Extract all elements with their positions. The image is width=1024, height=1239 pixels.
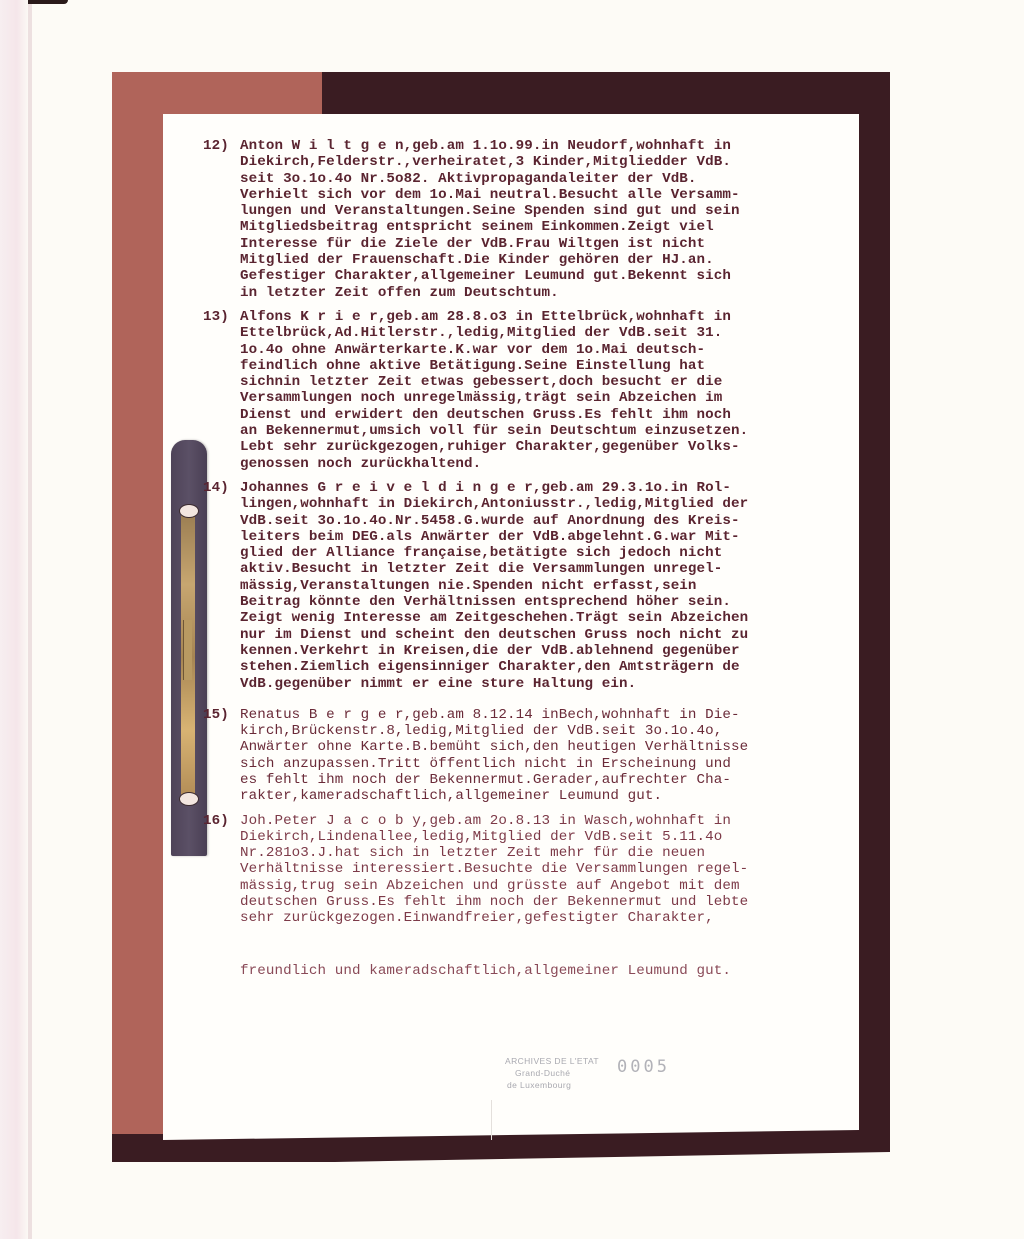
punch-hole-icon: [179, 792, 199, 806]
stamp-archive-name: ARCHIVES DE L'ETAT: [505, 1055, 599, 1067]
document-body: 12) Anton W i l t g e n,geb.am 1.1o.99.i…: [203, 138, 843, 979]
text-line: Diekirch,Lindenallee,ledig,Mitglied der …: [240, 829, 843, 845]
text-line: mässig,trug sein Abzeichen und grüsste a…: [240, 878, 843, 894]
text-line: Anwärter ohne Karte.B.bemüht sich,den he…: [240, 739, 843, 755]
text-line: Beitrag könnte den Verhältnissen entspre…: [240, 594, 843, 610]
text-line: Diekirch,Felderstr.,verheiratet,3 Kinder…: [240, 154, 843, 170]
text-line: kennen.Verkehrt in Kreisen,die der VdB.a…: [240, 643, 843, 659]
text-line: stehen.Ziemlich eigensinniger Charakter,…: [240, 659, 843, 675]
page-gutter: [28, 0, 32, 1239]
text-line: genossen noch zurückhaltend.: [240, 456, 843, 472]
text-line: Verhielt sich vor dem 1o.Mai neutral.Bes…: [240, 187, 843, 203]
text-line: Mitgliedsbeitrag entspricht seinem Einko…: [240, 219, 843, 235]
page-corner-shadow: [28, 0, 68, 4]
text-line: Lebt sehr zurückgezogen,ruhiger Charakte…: [240, 439, 843, 455]
text-line: Mitglied der Frauenschaft.Die Kinder geh…: [240, 252, 843, 268]
binder-fastener: [171, 440, 207, 856]
text-line: sehr zurückgezogen.Einwandfreier,gefesti…: [240, 910, 843, 926]
text-line: mässig,Veranstaltungen nie.Spenden nicht…: [240, 578, 843, 594]
entry-number: 14): [203, 480, 229, 496]
text-line: seit 3o.1o.4o Nr.5o82. Aktivpropagandale…: [240, 171, 843, 187]
text-line: VdB.seit 3o.1o.4o.Nr.5458.G.wurde auf An…: [240, 513, 843, 529]
text-line: Interesse für die Ziele der VdB.Frau Wil…: [240, 236, 843, 252]
text-line: es fehlt ihm noch der Bekennermut.Gerade…: [240, 772, 843, 788]
text-line: lingen,wohnhaft in Diekirch,Antoniusstr.…: [240, 496, 843, 512]
entry-number: 16): [203, 813, 229, 829]
text-line: kirch,Brückenstr.8,ledig,Mitglied der Vd…: [240, 723, 843, 739]
text-line: glied der Alliance française,betätigte s…: [240, 545, 843, 561]
text-line: 1o.4o ohne Anwärterkarte.K.war vor dem 1…: [240, 342, 843, 358]
entry-14: 14) Johannes G r e i v e l d i n g e r,g…: [203, 480, 843, 692]
text-line: aktiv.Besucht in letzter Zeit die Versam…: [240, 561, 843, 577]
text-line: nur im Dienst und scheint den deutschen …: [240, 627, 843, 643]
entry-13: 13) Alfons K r i e r,geb.am 28.8.o3 in E…: [203, 309, 843, 472]
text-line: Verhältnisse interessiert.Besuchte die V…: [240, 861, 843, 877]
text-line: Gefestiger Charakter,allgemeiner Leumund…: [240, 268, 843, 284]
text-line: Anton W i l t g e n,geb.am 1.1o.99.in Ne…: [240, 138, 843, 154]
text-line: Renatus B e r g e r,geb.am 8.12.14 inBec…: [240, 707, 843, 723]
text-line: Joh.Peter J a c o b y,geb.am 2o.8.13 in …: [240, 813, 843, 829]
entry-12: 12) Anton W i l t g e n,geb.am 1.1o.99.i…: [203, 138, 843, 301]
closing-line: freundlich und kameradschaftlich,allgeme…: [203, 963, 843, 979]
entry-number: 15): [203, 707, 229, 723]
text-line: VdB.gegenüber nimmt er eine sture Haltun…: [240, 676, 843, 692]
text-line: lungen und Veranstaltungen.Seine Spenden…: [240, 203, 843, 219]
stamp-country-line-2: de Luxembourg: [507, 1079, 571, 1091]
stamp-page-number: 0005: [617, 1061, 670, 1073]
fastener-strip-fold: [183, 620, 192, 680]
text-line: sichnin letzter Zeit etwas gebessert,doc…: [240, 374, 843, 390]
stamp-country-line: Grand-Duché: [515, 1067, 570, 1079]
text-line: in letzter Zeit offen zum Deutschtum.: [240, 285, 843, 301]
text-line: rakter,kameradschaftlich,allgemeiner Leu…: [240, 788, 843, 804]
entry-15: 15) Renatus B e r g e r,geb.am 8.12.14 i…: [203, 707, 843, 805]
text-line: deutschen Gruss.Es fehlt ihm noch der Be…: [240, 894, 843, 910]
text-line: Zeigt wenig Interesse am Zeitgeschehen.T…: [240, 610, 843, 626]
text-line: sich anzupassen.Tritt öffentlich nicht i…: [240, 756, 843, 772]
entry-number: 13): [203, 309, 229, 325]
text-line: Alfons K r i e r,geb.am 28.8.o3 in Ettel…: [240, 309, 843, 325]
book-page-edge: [0, 0, 28, 1239]
text-line: Versammlungen noch unregelmässig,trägt s…: [240, 390, 843, 406]
entry-number: 12): [203, 138, 229, 154]
text-line: Dienst und erwidert den deutschen Gruss.…: [240, 407, 843, 423]
text-line: Johannes G r e i v e l d i n g e r,geb.a…: [240, 480, 843, 496]
entry-16: 16) Joh.Peter J a c o b y,geb.am 2o.8.13…: [203, 813, 843, 927]
text-line: leiters beim DEG.als Anwärter der VdB.ab…: [240, 529, 843, 545]
text-line: feindlich ohne aktive Betätigung.Seine E…: [240, 358, 843, 374]
punch-hole-icon: [179, 504, 199, 518]
text-line: Nr.281o3.J.hat sich in letzter Zeit mehr…: [240, 845, 843, 861]
scan-artifact-line: [491, 1100, 492, 1140]
text-line: an Bekennermut,umsich voll für sein Deut…: [240, 423, 843, 439]
text-line: Ettelbrück,Ad.Hitlerstr.,ledig,Mitglied …: [240, 325, 843, 341]
